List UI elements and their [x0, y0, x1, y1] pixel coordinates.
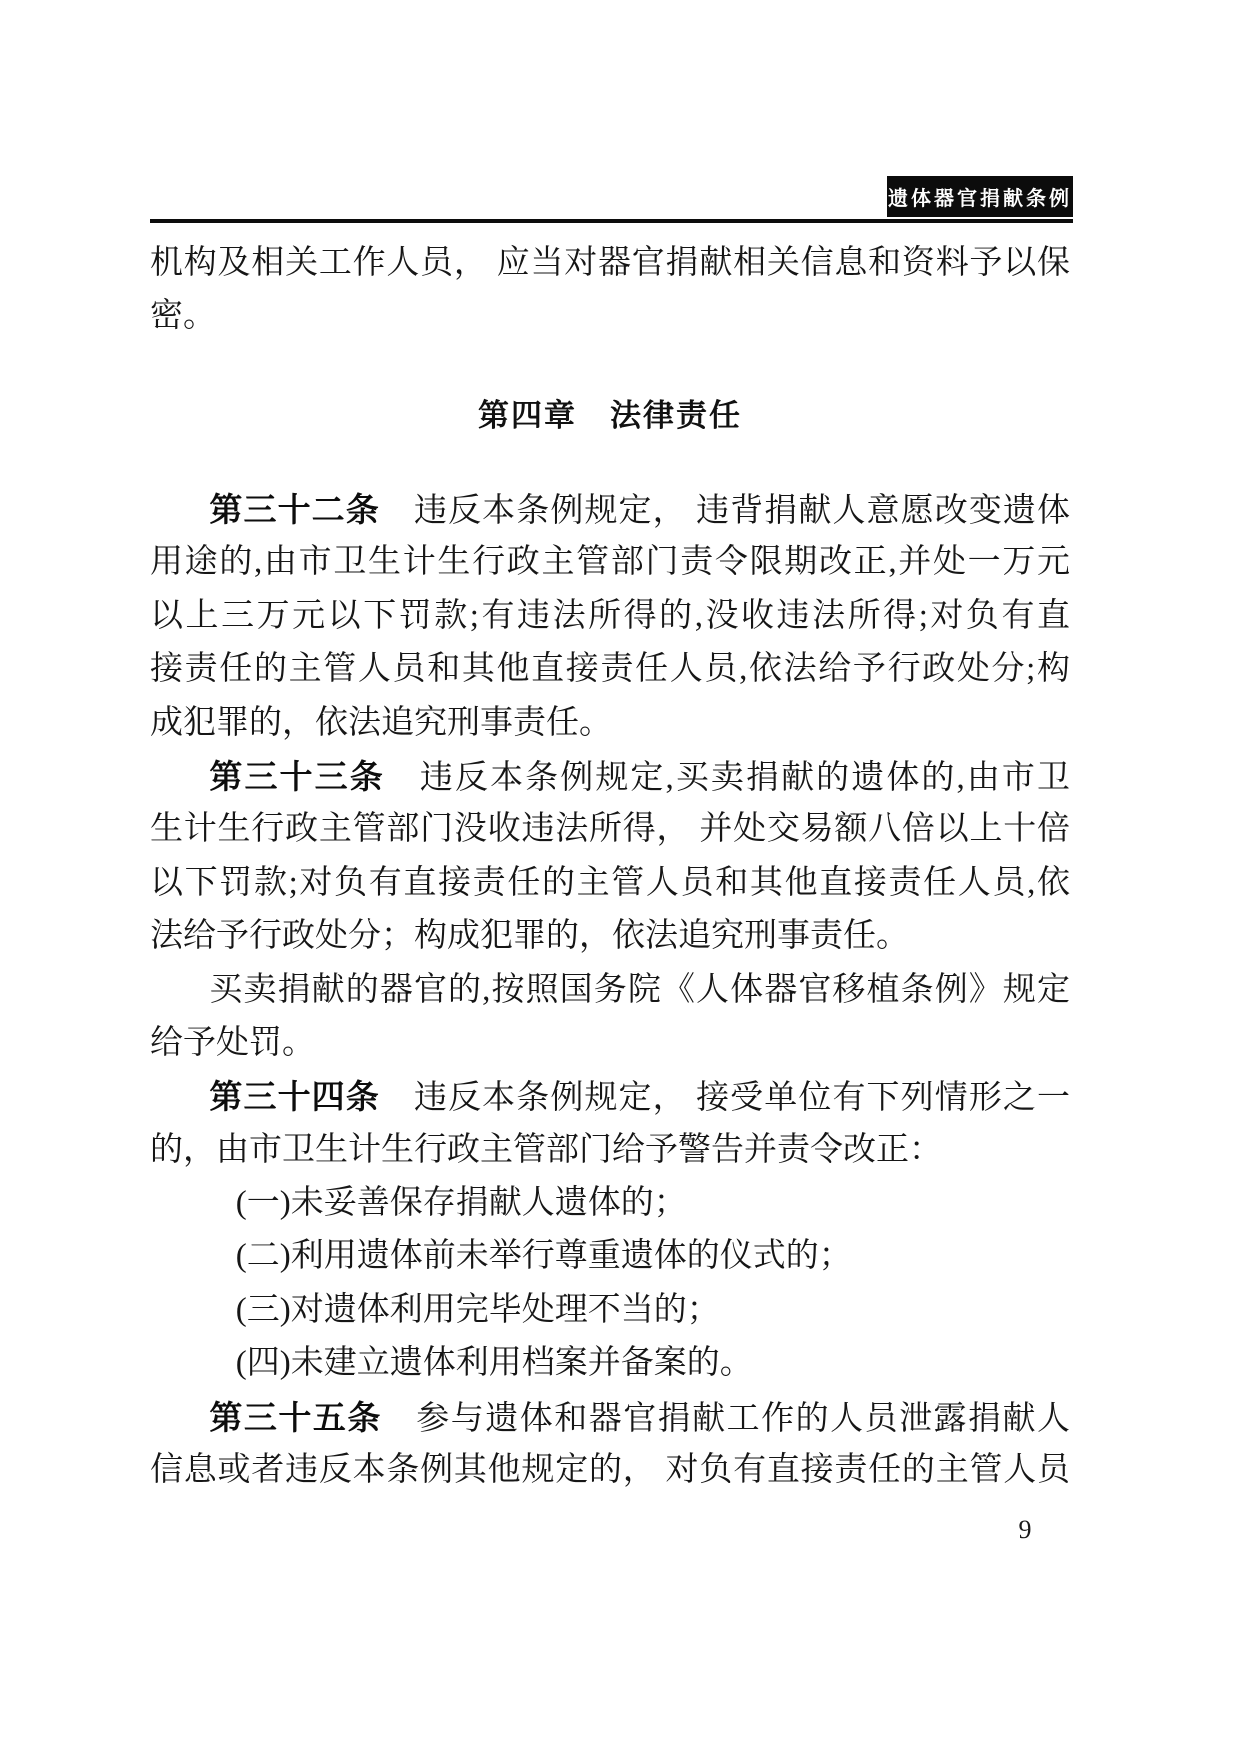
text-line: 以上三万元以下罚款;有违法所得的,没收违法所得;对负有直 [150, 590, 1070, 643]
body-text: 第三十二条 违反本条例规定， 违背捐献人意愿改变遗体用途的,由市卫生计生行政主管… [150, 483, 1070, 1497]
text-line: (四)未建立遗体利用档案并备案的。 [150, 1337, 1070, 1390]
text-line: 成犯罪的，依法追究刑事责任。 [150, 697, 1070, 750]
article-number: 第三十二条 [209, 491, 379, 528]
article-number: 第三十三条 [209, 758, 384, 795]
text-line: 第三十三条 违反本条例规定,买卖捐献的遗体的,由市卫 [150, 750, 1070, 803]
text-line: 的，由市卫生计生行政主管部门给予警告并责令改正： [150, 1124, 1070, 1177]
text-line: (三)对遗体利用完毕处理不当的； [150, 1284, 1070, 1337]
running-head-title: 遗体器官捐献条例 [887, 176, 1073, 217]
text-line: 法给予行政处分；构成犯罪的，依法追究刑事责任。 [150, 910, 1070, 963]
text-line: 第三十五条 参与遗体和器官捐献工作的人员泄露捐献人 [150, 1391, 1070, 1444]
header-rule [150, 219, 1073, 223]
text-line: 信息或者违反本条例其他规定的， 对负有直接责任的主管人员 [150, 1444, 1070, 1497]
text-line: 第三十二条 违反本条例规定， 违背捐献人意愿改变遗体 [150, 483, 1070, 536]
text-line: 以下罚款;对负有直接责任的主管人员和其他直接责任人员,依 [150, 857, 1070, 910]
text-line: (一)未妥善保存捐献人遗体的； [150, 1177, 1070, 1230]
text-line: 给予处罚。 [150, 1017, 1070, 1070]
text-line: 用途的,由市卫生计生行政主管部门责令限期改正,并处一万元 [150, 536, 1070, 589]
text-line: 机构及相关工作人员， 应当对器官捐献相关信息和资料予以保 [150, 237, 1070, 290]
text-line: (二)利用遗体前未举行尊重遗体的仪式的； [150, 1230, 1070, 1283]
text-line: 买卖捐献的器官的,按照国务院《人体器官移植条例》规定 [150, 964, 1070, 1017]
text-line: 第三十四条 违反本条例规定， 接受单位有下列情形之一 [150, 1070, 1070, 1123]
chapter-heading: 第四章 法律责任 [150, 389, 1070, 442]
continuation-paragraph: 机构及相关工作人员， 应当对器官捐献相关信息和资料予以保密。 [150, 237, 1070, 344]
page-number: 9 [1003, 1514, 1047, 1546]
article-number: 第三十四条 [209, 1078, 379, 1115]
text-line: 接责任的主管人员和其他直接责任人员,依法给予行政处分;构 [150, 643, 1070, 696]
text-line: 密。 [150, 290, 1070, 343]
text-line: 生计生行政主管部门没收违法所得， 并处交易额八倍以上十倍 [150, 803, 1070, 856]
article-number: 第三十五条 [209, 1399, 381, 1436]
document-page: 遗体器官捐献条例 机构及相关工作人员， 应当对器官捐献相关信息和资料予以保密。 … [0, 0, 1240, 1754]
